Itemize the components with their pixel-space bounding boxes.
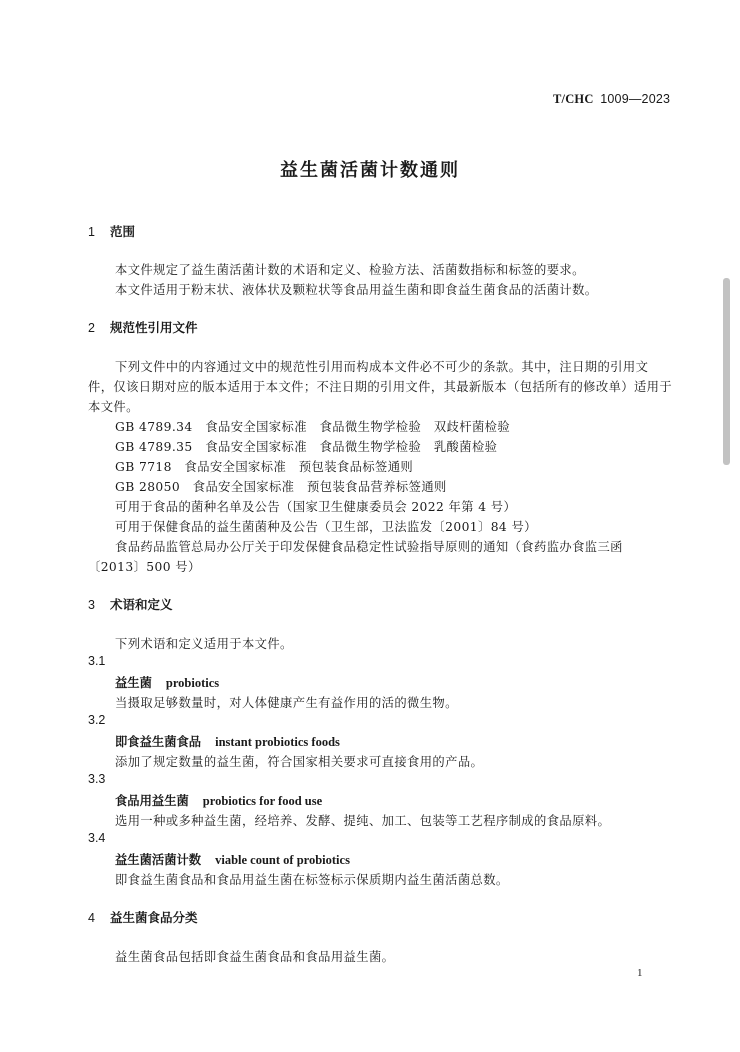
paragraph: 益生菌食品包括即食益生菌食品和食品用益生菌。 <box>115 947 394 965</box>
term-number: 3.3 <box>88 772 105 786</box>
term-en: viable count of probiotics <box>215 853 350 867</box>
page-number: 1 <box>637 967 643 979</box>
reference-item: 可用于保健食品的益生菌菌种及公告（卫生部，卫法监发〔2001〕84 号） <box>115 517 537 535</box>
term-heading: 食品用益生菌probiotics for food use <box>115 791 322 809</box>
section-title: 术语和定义 <box>110 597 173 612</box>
term-en: probiotics for food use <box>203 794 322 808</box>
vertical-scrollbar-thumb[interactable] <box>723 278 730 465</box>
term-en: probiotics <box>166 676 219 690</box>
section-title: 益生菌食品分类 <box>110 910 198 925</box>
section-3-heading: 3术语和定义 <box>88 595 173 613</box>
reference-item: GB 4789.35 食品安全国家标准 食品微生物学检验 乳酸菌检验 <box>115 437 497 455</box>
section-1-heading: 1范围 <box>88 222 135 240</box>
term-zh: 即食益生菌食品 <box>115 735 201 749</box>
term-definition: 选用一种或多种益生菌，经培养、发酵、提纯、加工、包装等工艺程序制成的食品原料。 <box>115 811 610 829</box>
paragraph-line: 下列文件中的内容通过文中的规范性引用而构成本文件必不可少的条款。其中，注日期的引… <box>115 357 648 375</box>
paragraph: 下列术语和定义适用于本文件。 <box>115 634 293 652</box>
section-number: 1 <box>88 225 110 239</box>
reference-item: GB 7718 食品安全国家标准 预包装食品标签通则 <box>115 457 413 475</box>
term-zh: 益生菌 <box>115 676 152 690</box>
section-number: 3 <box>88 598 110 612</box>
section-title: 规范性引用文件 <box>110 320 198 335</box>
term-zh: 食品用益生菌 <box>115 794 189 808</box>
term-heading: 益生菌活菌计数viable count of probiotics <box>115 850 350 868</box>
term-definition: 当摄取足够数量时，对人体健康产生有益作用的活的微生物。 <box>115 693 458 711</box>
reference-item: GB 28050 食品安全国家标准 预包装食品营养标签通则 <box>115 477 447 495</box>
standard-code: 1009—2023 <box>600 92 670 106</box>
section-4-heading: 4益生菌食品分类 <box>88 908 198 926</box>
term-zh: 益生菌活菌计数 <box>115 853 201 867</box>
term-definition: 即食益生菌食品和食品用益生菌在标签标示保质期内益生菌活菌总数。 <box>115 870 509 888</box>
reference-item: 可用于食品的菌种名单及公告（国家卫生健康委员会 2022 年第 4 号） <box>115 497 516 515</box>
term-heading: 益生菌probiotics <box>115 673 219 691</box>
reference-item: 食品药品监管总局办公厅关于印发保健食品稳定性试验指导原则的通知（食药监办食监三函 <box>115 537 623 555</box>
term-definition: 添加了规定数量的益生菌，符合国家相关要求可直接食用的产品。 <box>115 752 483 770</box>
term-number: 3.4 <box>88 831 105 845</box>
term-number: 3.1 <box>88 654 105 668</box>
term-number: 3.2 <box>88 713 105 727</box>
standard-number: T/CHC 1009—2023 <box>553 92 670 107</box>
section-number: 4 <box>88 911 110 925</box>
section-number: 2 <box>88 321 110 335</box>
reference-item: GB 4789.34 食品安全国家标准 食品微生物学检验 双歧杆菌检验 <box>115 417 510 435</box>
section-2-heading: 2规范性引用文件 <box>88 318 198 336</box>
section-title: 范围 <box>110 224 135 239</box>
paragraph: 本文件规定了益生菌活菌计数的术语和定义、检验方法、活菌数指标和标签的要求。 <box>115 260 585 278</box>
reference-item-continued: 〔2013〕500 号） <box>88 557 201 575</box>
term-heading: 即食益生菌食品instant probiotics foods <box>115 732 340 750</box>
term-en: instant probiotics foods <box>215 735 340 749</box>
paragraph-line: 本文件。 <box>88 397 139 415</box>
standard-prefix: T/CHC <box>553 92 594 106</box>
paragraph: 本文件适用于粉末状、液体状及颗粒状等食品用益生菌和即食益生菌食品的活菌计数。 <box>115 280 597 298</box>
document-title: 益生菌活菌计数通则 <box>0 156 740 182</box>
paragraph-line: 件，仅该日期对应的版本适用于本文件；不注日期的引用文件，其最新版本（包括所有的修… <box>88 377 672 395</box>
